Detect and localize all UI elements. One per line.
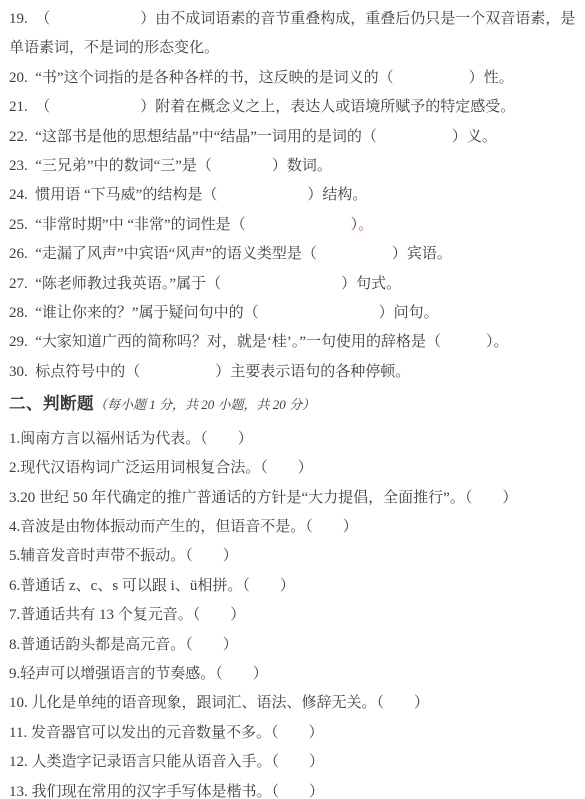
tf-item-9: 9.轻声可以增强语言的节奏感。（ ） xyxy=(9,660,579,689)
section-heading-true-false: 二、判断题（每小题 1 分，共 20 小题，共 20 分） xyxy=(9,390,579,420)
question-19: 19. （ ）由不成词语素的音节重叠构成，重叠后仍只是一个双音语素，是 单语素词… xyxy=(9,5,579,64)
question-21: 21. （ ）附着在概念义之上，表达人或语境所赋予的特定感受。 xyxy=(9,93,579,122)
tf-item-12: 12. 人类造字记录语言只能从语音入手。（ ） xyxy=(9,748,579,777)
section-score-note: （每小题 1 分，共 20 小题，共 20 分） xyxy=(94,397,315,412)
tf-item-4-text: 4.音波是由物体振动而产生的，但语音不是。（ ） xyxy=(9,519,358,535)
question-28-text: 28. “谁让你来的？”属于疑问句中的（ ）问句。 xyxy=(9,305,439,321)
tf-item-2-text: 2.现代汉语构词广泛运用词根复合法。（ ） xyxy=(9,460,313,476)
tf-item-13: 13. 我们现在常用的汉字手写体是楷书。（ ） xyxy=(9,778,579,799)
question-29: 29. “大家知道广西的简称吗？对，就是‘桂’。”一句使用的辞格是（ ）。 xyxy=(9,328,579,357)
fill-blank-section: 19. （ ）由不成词语素的音节重叠构成，重叠后仍只是一个双音语素，是 单语素词… xyxy=(9,5,579,387)
tf-item-10-text: 10. 儿化是单纯的语音现象，跟词汇、语法、修辞无关。（ ） xyxy=(9,695,429,711)
question-26-text: 26. “走漏了风声”中宾语“风声”的语义类型是（ ）宾语。 xyxy=(9,246,452,262)
tf-item-7: 7.普通话共有 13 个复元音。（ ） xyxy=(9,601,579,630)
tf-item-1: 1.闽南方言以福州话为代表。（ ） xyxy=(9,425,579,454)
question-21-text: 21. （ ）附着在概念义之上，表达人或语境所赋予的特定感受。 xyxy=(9,99,515,115)
question-25: 25. “非常时期”中 “非常”的词性是（ ）。 xyxy=(9,211,579,240)
question-30: 30. 标点符号中的（ ）主要表示语句的各种停顿。 xyxy=(9,358,579,387)
tf-item-11: 11. 发音器官可以发出的元音数量不多。（ ） xyxy=(9,719,579,748)
question-25-text: 25. “非常时期”中 “非常”的词性是（ ） xyxy=(9,217,358,233)
exam-document-page: 19. （ ）由不成词语素的音节重叠构成，重叠后仍只是一个双音语素，是 单语素词… xyxy=(0,0,585,799)
tf-item-6-text: 6.普通话 z、c、s 可以跟 i、ü相拼。（ ） xyxy=(9,578,295,594)
question-29-text: 29. “大家知道广西的简称吗？对，就是‘桂’。”一句使用的辞格是（ ）。 xyxy=(9,334,509,350)
question-27: 27. “陈老师教过我英语。”属于（ ）句式。 xyxy=(9,270,579,299)
section-title: 二、判断题 xyxy=(9,395,94,413)
question-22-text: 22. “这部书是他的思想结晶”中“结晶”一词用的是词的（ ）义。 xyxy=(9,129,497,145)
tf-item-4: 4.音波是由物体振动而产生的，但语音不是。（ ） xyxy=(9,513,579,542)
question-30-text: 30. 标点符号中的（ ）主要表示语句的各种停顿。 xyxy=(9,364,410,380)
question-22: 22. “这部书是他的思想结晶”中“结晶”一词用的是词的（ ）义。 xyxy=(9,123,579,152)
tf-item-10: 10. 儿化是单纯的语音现象，跟词汇、语法、修辞无关。（ ） xyxy=(9,689,579,718)
question-28: 28. “谁让你来的？”属于疑问句中的（ ）问句。 xyxy=(9,299,579,328)
tf-item-8: 8.普通话韵头都是高元音。（ ） xyxy=(9,631,579,660)
question-20-text: 20. “书”这个词指的是各种各样的书，这反映的是词义的（ ）性。 xyxy=(9,70,514,86)
tf-item-7-text: 7.普通话共有 13 个复元音。（ ） xyxy=(9,607,245,623)
question-24-text: 24. 惯用语 “下马威”的结构是（ ）结构。 xyxy=(9,187,367,203)
tf-item-9-text: 9.轻声可以增强语言的节奏感。（ ） xyxy=(9,666,268,682)
tf-item-1-text: 1.闽南方言以福州话为代表。（ ） xyxy=(9,431,253,447)
tf-item-12-text: 12. 人类造字记录语言只能从语音入手。（ ） xyxy=(9,754,324,770)
tf-item-8-text: 8.普通话韵头都是高元音。（ ） xyxy=(9,637,238,653)
tf-item-2: 2.现代汉语构词广泛运用词根复合法。（ ） xyxy=(9,454,579,483)
tf-item-13-text: 13. 我们现在常用的汉字手写体是楷书。（ ） xyxy=(9,784,324,799)
question-19-text: 19. （ ）由不成词语素的音节重叠构成，重叠后仍只是一个双音语素，是 单语素词… xyxy=(9,11,575,56)
true-false-section: 1.闽南方言以福州话为代表。（ ） 2.现代汉语构词广泛运用词根复合法。（ ） … xyxy=(9,425,579,799)
question-26: 26. “走漏了风声”中宾语“风声”的语义类型是（ ）宾语。 xyxy=(9,240,579,269)
tf-item-6: 6.普通话 z、c、s 可以跟 i、ü相拼。（ ） xyxy=(9,572,579,601)
question-25-red-period: 。 xyxy=(358,217,373,233)
tf-item-3: 3.20 世纪 50 年代确定的推广普通话的方针是“大力提倡，全面推行”。（ ） xyxy=(9,484,579,513)
tf-item-11-text: 11. 发音器官可以发出的元音数量不多。（ ） xyxy=(9,725,323,741)
tf-item-5-text: 5.辅音发音时声带不振动。（ ） xyxy=(9,548,238,564)
tf-item-3-text: 3.20 世纪 50 年代确定的推广普通话的方针是“大力提倡，全面推行”。（ ） xyxy=(9,490,517,506)
question-20: 20. “书”这个词指的是各种各样的书，这反映的是词义的（ ）性。 xyxy=(9,64,579,93)
tf-item-5: 5.辅音发音时声带不振动。（ ） xyxy=(9,542,579,571)
question-23-text: 23. “三兄弟”中的数词“三”是（ ）数词。 xyxy=(9,158,332,174)
question-24: 24. 惯用语 “下马威”的结构是（ ）结构。 xyxy=(9,181,579,210)
question-23: 23. “三兄弟”中的数词“三”是（ ）数词。 xyxy=(9,152,579,181)
question-27-text: 27. “陈老师教过我英语。”属于（ ）句式。 xyxy=(9,276,401,292)
